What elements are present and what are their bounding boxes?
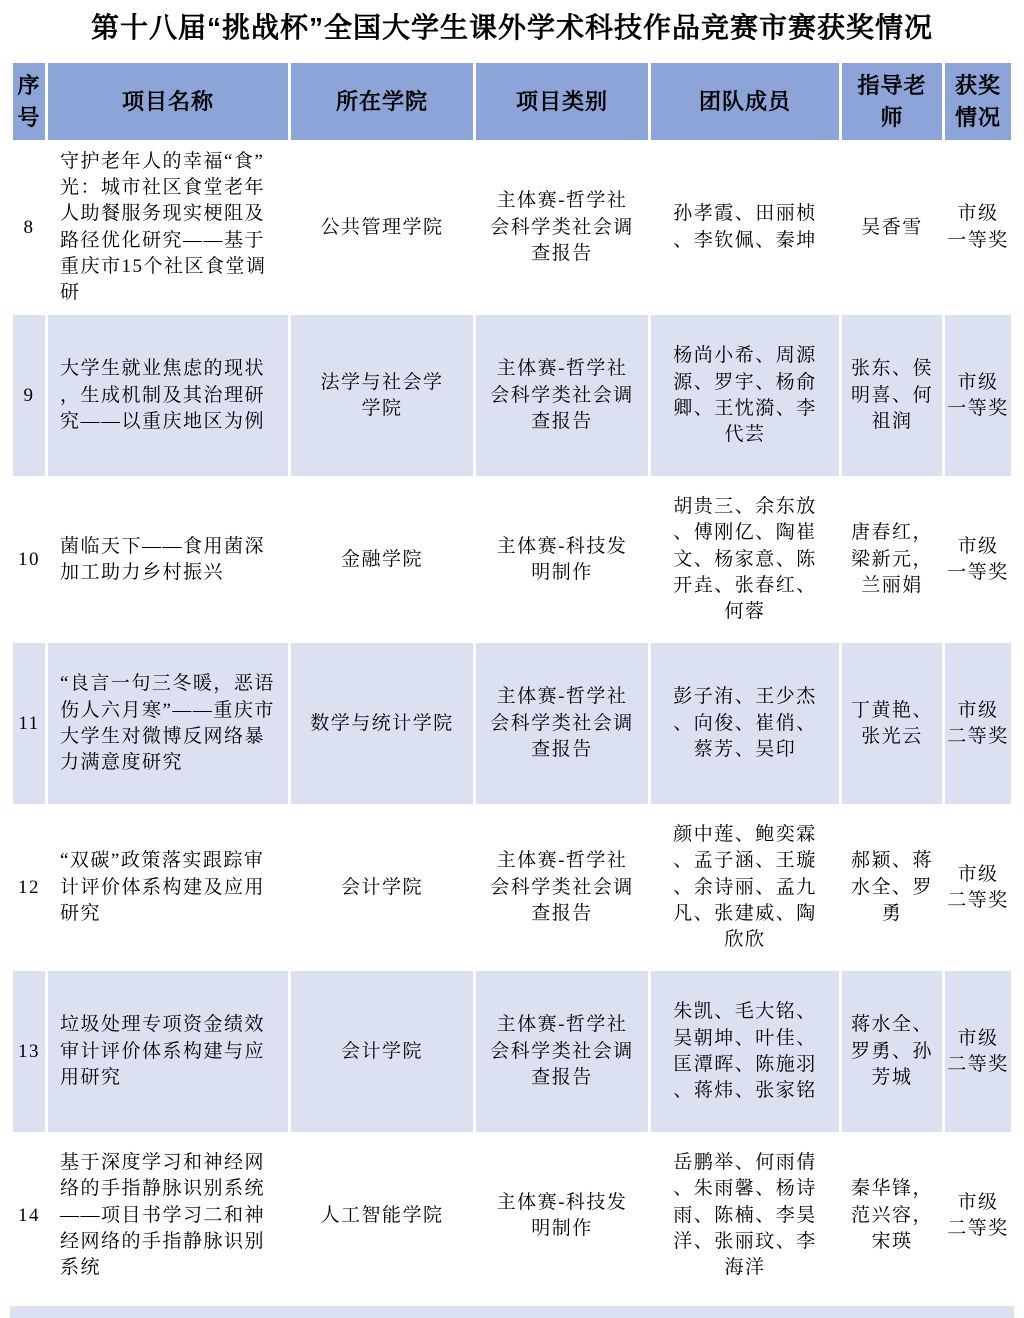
cell-no: 9 <box>13 315 45 476</box>
cell-no: 14 <box>13 1135 45 1296</box>
cell-name: 菌临天下——食用菌深加工助力乡村振兴 <box>48 479 288 640</box>
cell-members: 颜中莲、鲍奕霖、孟子涵、王璇、余诗丽、孟九凡、张建威、陶欣欣 <box>651 807 839 968</box>
column-header-members: 团队成员 <box>651 63 839 140</box>
cell-name: 大学生就业焦虑的现状，生成机制及其治理研究——以重庆地区为例 <box>48 315 288 476</box>
cell-advisor: 张东、侯明喜、何祖润 <box>842 315 942 476</box>
cell-category: 主体赛-哲学社会科学类社会调查报告 <box>476 807 648 968</box>
cell-college: 法学与社会学 学院 <box>291 315 473 476</box>
column-header-name: 项目名称 <box>48 63 288 140</box>
document-page: 第十八届“挑战杯”全国大学生课外学术科技作品竞赛市赛获奖情况 序号项目名称所在学… <box>0 0 1024 1318</box>
cell-members: 岳鹏举、何雨倩、朱雨馨、杨诗雨、陈楠、李昊洋、张丽玟、李海洋 <box>651 1135 839 1296</box>
column-header-college: 所在学院 <box>291 63 473 140</box>
cell-college: 人工智能学院 <box>291 1135 473 1296</box>
table-row: 12“双碳”政策落实跟踪审计评价体系构建及应用研究会计学院主体赛-哲学社会科学类… <box>13 807 1011 968</box>
table-row: 13垃圾处理专项资金绩效审计评价体系构建与应用研究会计学院主体赛-哲学社会科学类… <box>13 971 1011 1132</box>
cell-members: 朱凯、毛大铭、吴朝坤、叶佳、匡潭晖、陈施羽、蒋炜、张家铭 <box>651 971 839 1132</box>
cell-advisor: 丁黄艳、张光云 <box>842 643 942 804</box>
header-row: 序号项目名称所在学院项目类别团队成员指导老师获奖情况 <box>13 63 1011 140</box>
cell-award: 市级 一等奖 <box>945 143 1011 312</box>
cell-members: 孙孝霞、田丽桢、李钦佩、秦坤 <box>651 143 839 312</box>
cell-advisor: 郝颖、蒋水全、罗勇 <box>842 807 942 968</box>
cell-members: 胡贵三、余东放、傅刚亿、陶崔文、杨家意、陈开垚、张春红、何蓉 <box>651 479 839 640</box>
cell-award: 市级 二等奖 <box>945 807 1011 968</box>
cell-advisor: 唐春红，梁新元，兰丽娟 <box>842 479 942 640</box>
cell-college: 会计学院 <box>291 807 473 968</box>
cell-no: 11 <box>13 643 45 804</box>
partial-next-row <box>10 1306 1014 1318</box>
cell-category: 主体赛-哲学社会科学类社会调查报告 <box>476 643 648 804</box>
cell-college: 公共管理学院 <box>291 143 473 312</box>
cell-no: 8 <box>13 143 45 312</box>
cell-category: 主体赛-科技发明制作 <box>476 1135 648 1296</box>
cell-name: 垃圾处理专项资金绩效审计评价体系构建与应用研究 <box>48 971 288 1132</box>
page-title: 第十八届“挑战杯”全国大学生课外学术科技作品竞赛市赛获奖情况 <box>0 8 1024 48</box>
cell-advisor: 吴香雪 <box>842 143 942 312</box>
cell-name: “双碳”政策落实跟踪审计评价体系构建及应用研究 <box>48 807 288 968</box>
cell-award: 市级 一等奖 <box>945 479 1011 640</box>
table-row: 14基于深度学习和神经网络的手指静脉识别系统——项目书学习二和神经网络的手指静脉… <box>13 1135 1011 1296</box>
cell-college: 金融学院 <box>291 479 473 640</box>
cell-name: 守护老年人的幸福“食”光：城市社区食堂老年人助餐服务现实梗阻及路径优化研究——基… <box>48 143 288 312</box>
table-row: 8守护老年人的幸福“食”光：城市社区食堂老年人助餐服务现实梗阻及路径优化研究——… <box>13 143 1011 312</box>
cell-name: 基于深度学习和神经网络的手指静脉识别系统——项目书学习二和神经网络的手指静脉识别… <box>48 1135 288 1296</box>
cell-category: 主体赛-科技发明制作 <box>476 479 648 640</box>
cell-no: 12 <box>13 807 45 968</box>
table-row: 9大学生就业焦虑的现状，生成机制及其治理研究——以重庆地区为例法学与社会学 学院… <box>13 315 1011 476</box>
cell-category: 主体赛-哲学社会科学类社会调查报告 <box>476 315 648 476</box>
table-row: 10菌临天下——食用菌深加工助力乡村振兴金融学院主体赛-科技发明制作胡贵三、余东… <box>13 479 1011 640</box>
cell-no: 13 <box>13 971 45 1132</box>
cell-advisor: 蒋水全、罗勇、孙芳城 <box>842 971 942 1132</box>
cell-no: 10 <box>13 479 45 640</box>
awards-table: 序号项目名称所在学院项目类别团队成员指导老师获奖情况 8守护老年人的幸福“食”光… <box>10 60 1014 1299</box>
cell-category: 主体赛-哲学社会科学类社会调查报告 <box>476 143 648 312</box>
cell-award: 市级 二等奖 <box>945 643 1011 804</box>
table-row: 11“良言一句三冬暖，恶语伤人六月寒”——重庆市大学生对微博反网络暴力满意度研究… <box>13 643 1011 804</box>
column-header-no: 序号 <box>13 63 45 140</box>
cell-award: 市级 一等奖 <box>945 315 1011 476</box>
cell-category: 主体赛-哲学社会科学类社会调查报告 <box>476 971 648 1132</box>
cell-members: 彭子洧、王少杰、向俊、崔俏、蔡芳、吴印 <box>651 643 839 804</box>
cell-members: 杨尚小希、周源源、罗宇、杨俞卿、王忱漪、李代芸 <box>651 315 839 476</box>
column-header-award: 获奖情况 <box>945 63 1011 140</box>
cell-college: 会计学院 <box>291 971 473 1132</box>
column-header-category: 项目类别 <box>476 63 648 140</box>
cell-name: “良言一句三冬暖，恶语伤人六月寒”——重庆市大学生对微博反网络暴力满意度研究 <box>48 643 288 804</box>
cell-advisor: 秦华锋，范兴容，宋瑛 <box>842 1135 942 1296</box>
cell-award: 市级 二等奖 <box>945 1135 1011 1296</box>
cell-award: 市级 二等奖 <box>945 971 1011 1132</box>
cell-college: 数学与统计学院 <box>291 643 473 804</box>
column-header-advisor: 指导老师 <box>842 63 942 140</box>
